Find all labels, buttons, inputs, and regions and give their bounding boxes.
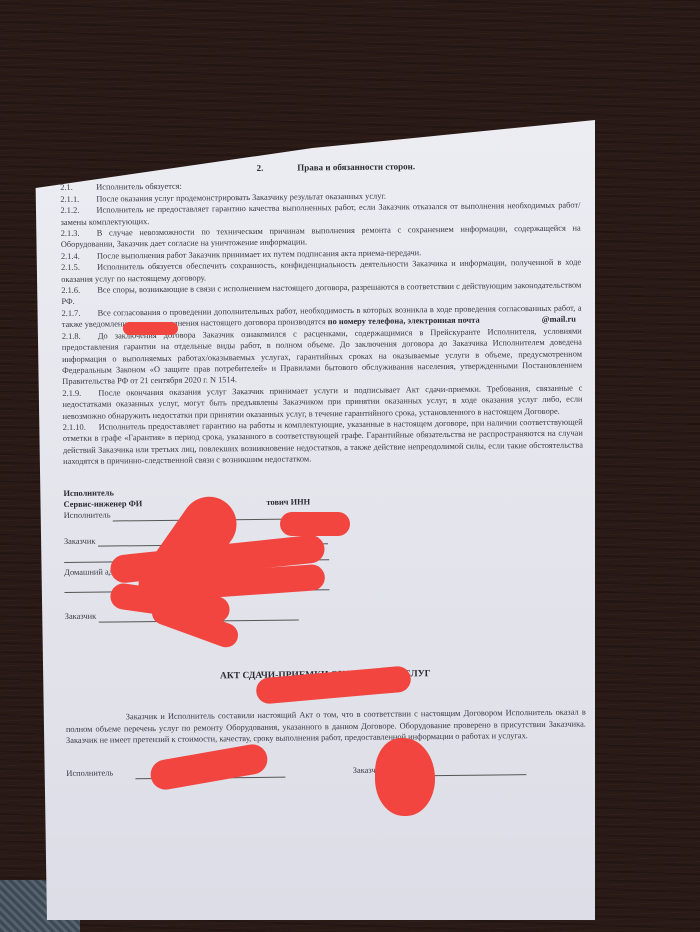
- clause-number: 2.1.5.: [61, 262, 97, 274]
- clause-number: 2.1.10.: [63, 422, 99, 434]
- clause-number: 2.1.6.: [61, 285, 97, 297]
- clause-number: 2.1.3.: [61, 228, 97, 240]
- clause: 2.1.10.Исполнитель предоставляет гаранти…: [63, 416, 583, 467]
- clause: 2.1.9.После окончания оказания услуг Зак…: [62, 382, 582, 422]
- clause-number: 2.1.7.: [61, 307, 97, 319]
- redaction-mark: [280, 512, 350, 536]
- clause-number: 2.1.8.: [62, 330, 98, 342]
- customer-label: Заказчик: [64, 536, 96, 545]
- contact-label: по номеру телефона, электронная почта: [328, 316, 480, 327]
- clause-number: 2.1.2.: [60, 205, 96, 217]
- customer-label: Заказчик: [65, 612, 97, 621]
- redaction-mark: [375, 738, 435, 816]
- section-title: Права и обязанности сторон.: [297, 161, 415, 172]
- act-executor-label: Исполнитель: [66, 769, 113, 778]
- redacted-email-user: [482, 322, 542, 323]
- section-heading: 2. Права и обязанности сторон.: [60, 160, 580, 177]
- executor-inn-label: тович ИНН: [266, 497, 310, 506]
- section-number: 2.: [225, 163, 295, 175]
- act-body: Заказчик и Исполнитель составили настоящ…: [66, 707, 586, 747]
- clause-number: 2.1.4.: [61, 250, 97, 262]
- clause-text: После окончания оказания услуг Заказчик …: [62, 383, 582, 420]
- email-domain: @mail.ru: [542, 315, 576, 324]
- clause-number: 2.1.9.: [62, 387, 98, 399]
- executor-label: Исполнитель: [64, 511, 111, 520]
- clause-text: До заключения договора Заказчик ознакоми…: [62, 326, 582, 386]
- executor-title: Сервис-инженер ФИ: [64, 499, 143, 509]
- clause-text: Исполнитель обязуется:: [96, 182, 182, 192]
- redaction-mark: [123, 322, 178, 335]
- clause-text: Исполнитель предоставляет гарантию на ра…: [63, 417, 583, 466]
- clause-number: 2.1.1.: [60, 193, 96, 205]
- clause-number: 2.1.: [60, 182, 96, 194]
